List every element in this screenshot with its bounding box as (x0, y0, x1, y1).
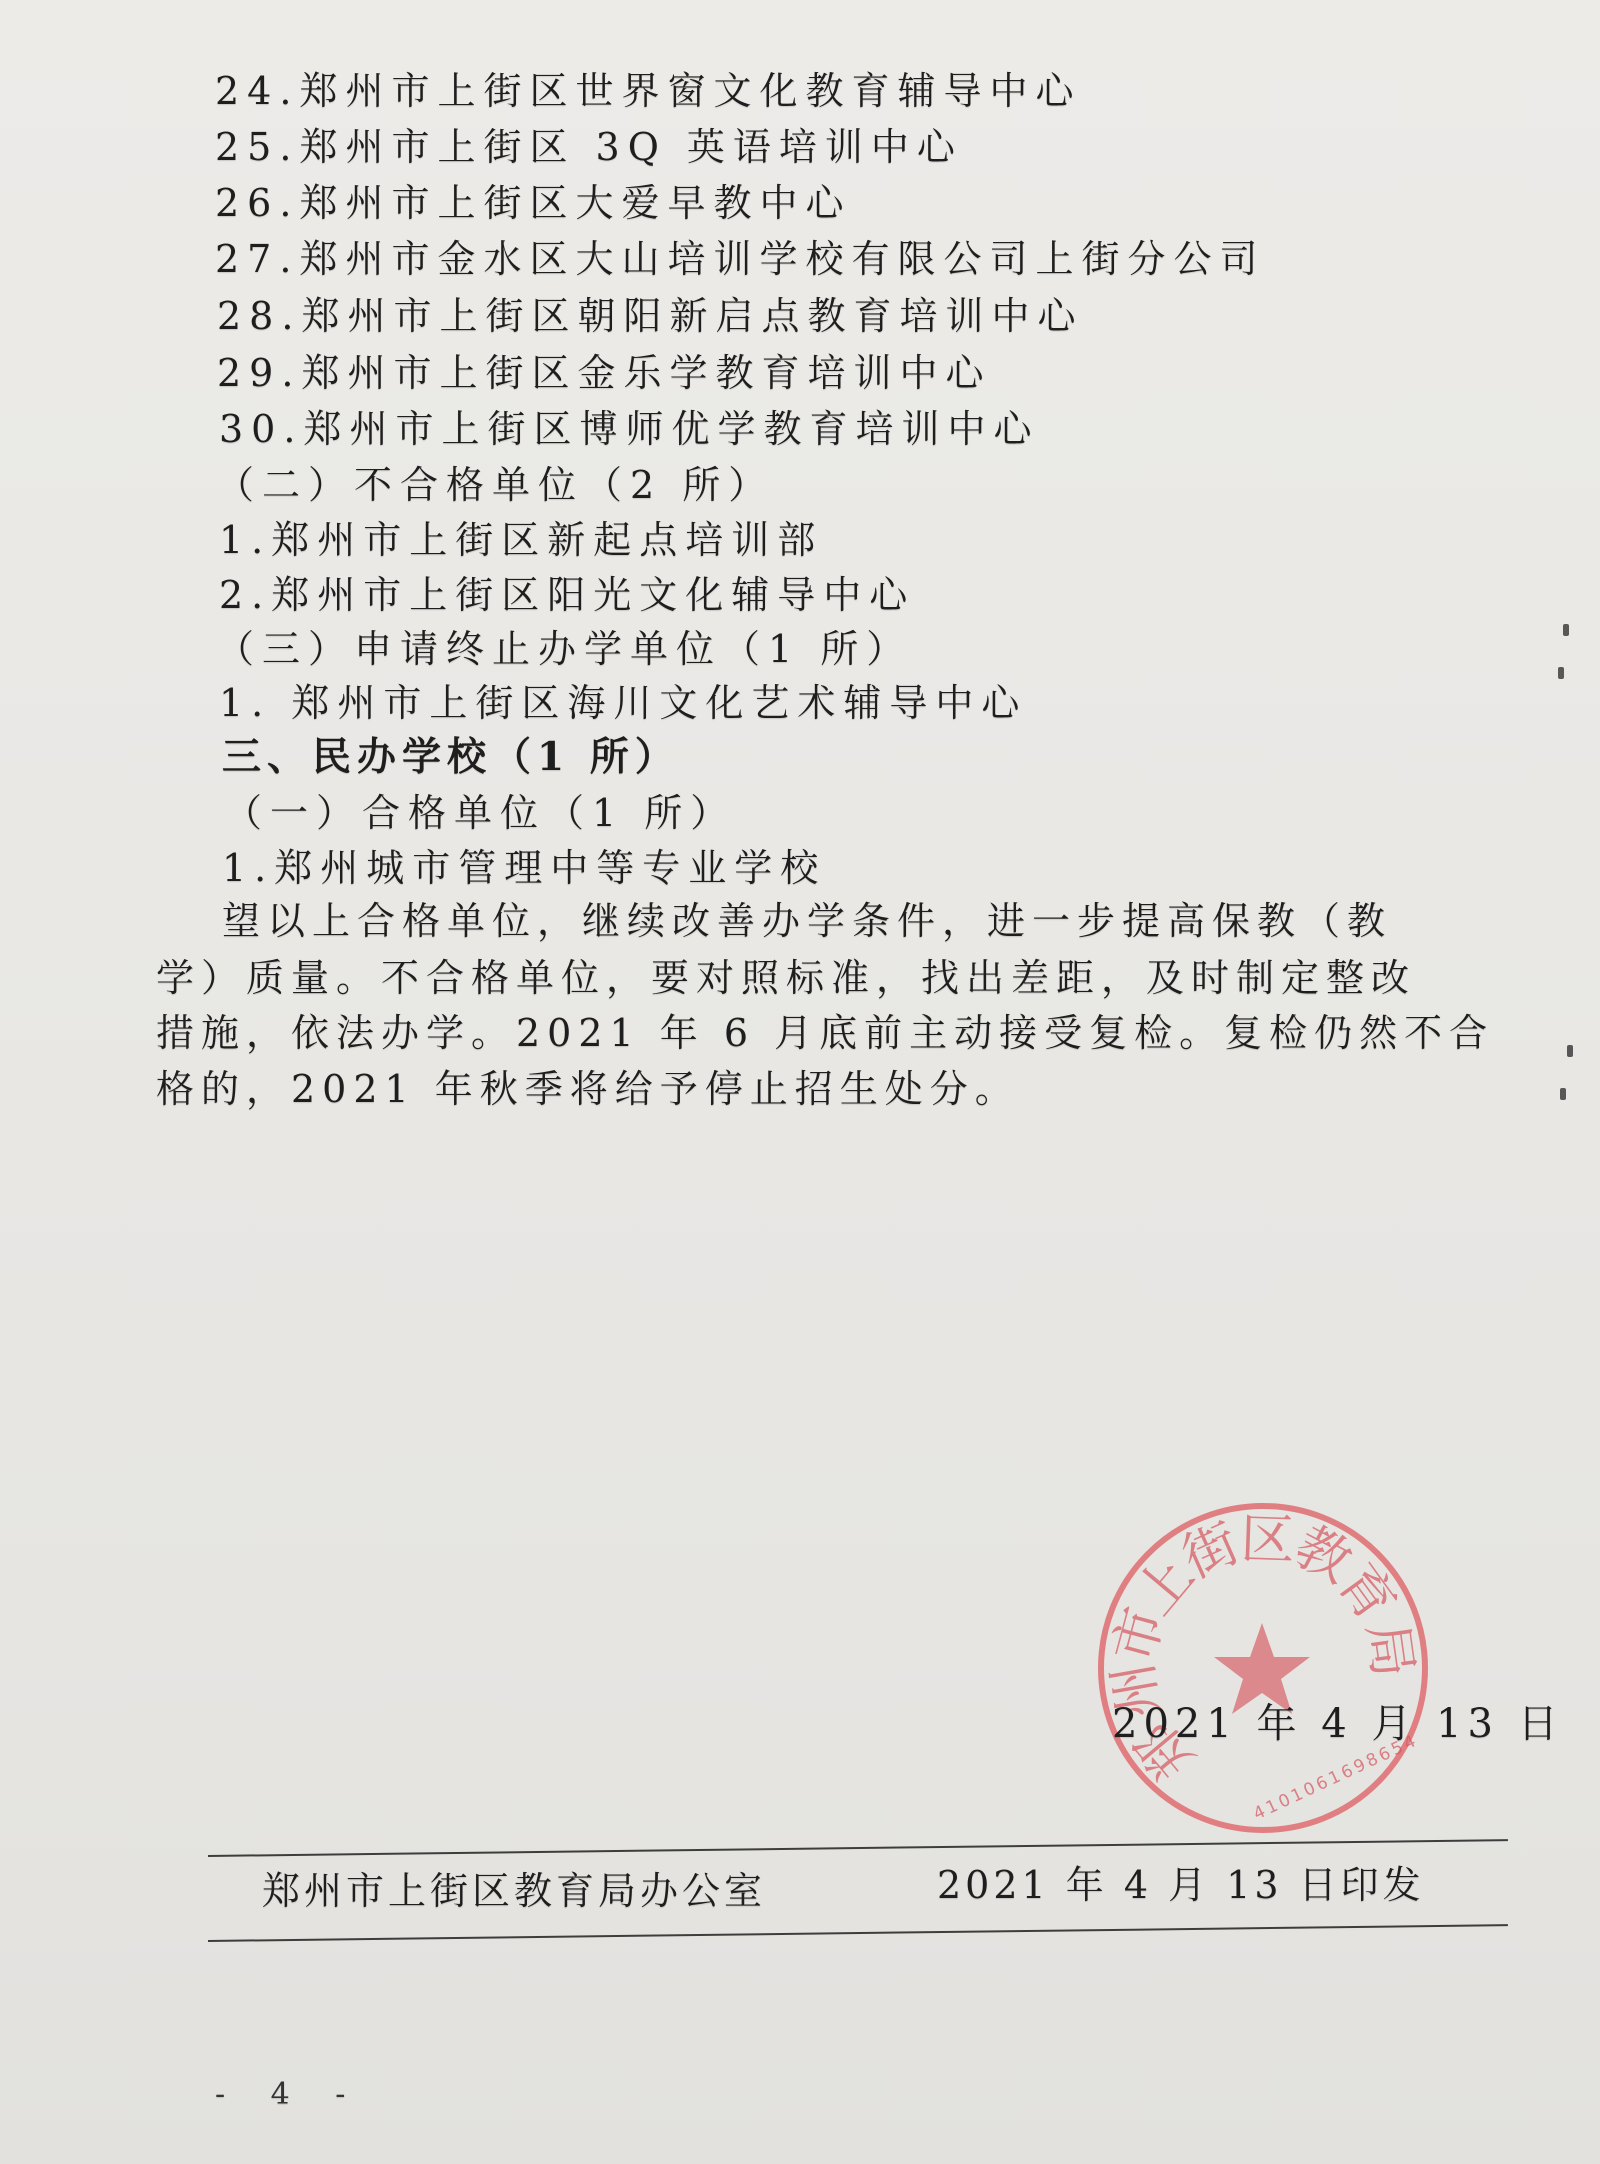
item-text: 郑州市上街区新起点培训部 (271, 518, 823, 562)
item-number: 28. (217, 294, 301, 338)
binding-mark (1560, 1088, 1566, 1100)
binding-mark (1558, 667, 1564, 679)
unqualified-heading: （二）不合格单位（2 所） (216, 462, 774, 508)
list-item-28: 28.郑州市上街区朝阳新启点教育培训中心 (217, 293, 1083, 339)
item-text: 郑州市上街区阳光文化辅导中心 (271, 573, 915, 617)
list-item-30: 30.郑州市上街区博师优学教育培训中心 (219, 406, 1039, 452)
item-number: 29. (217, 351, 301, 395)
item-number: 30. (219, 407, 303, 451)
item-text: 郑州市上街区世界窗文化教育辅导中心 (299, 69, 1081, 113)
item-number: 1. (219, 518, 271, 562)
termination-item-1: 1. 郑州市上街区海川文化艺术辅导中心 (219, 680, 1027, 726)
closing-paragraph-line-3: 措施，依法办学。2021 年 6 月底前主动接受复检。复检仍然不合 (156, 1010, 1494, 1056)
closing-paragraph-line-2: 学）质量。不合格单位，要对照标准，找出差距，及时制定整改 (156, 955, 1416, 1001)
list-item-26: 26.郑州市上街区大爱早教中心 (215, 180, 851, 226)
item-number: 26. (215, 181, 299, 225)
section-3-item-1: 1.郑州城市管理中等专业学校 (222, 845, 826, 891)
item-text: 郑州市金水区大山培训学校有限公司上街分公司 (299, 237, 1265, 281)
item-text: 郑州市上街区金乐学教育培训中心 (301, 351, 991, 395)
termination-heading: （三）申请终止办学单位（1 所） (216, 626, 912, 672)
list-item-27: 27.郑州市金水区大山培训学校有限公司上街分公司 (215, 236, 1265, 282)
page-number: - 4 - (215, 2072, 363, 2118)
footer-top-rule (208, 1839, 1508, 1857)
section-3-heading: 三、民办学校（1 所） (222, 734, 680, 780)
seal-char: 区 (1240, 1512, 1296, 1568)
closing-paragraph-line-1: 望以上合格单位，继续改善办学条件，进一步提高保教（教 (222, 898, 1392, 944)
item-number: 1. (219, 681, 271, 725)
unqualified-item-1: 1.郑州市上街区新起点培训部 (219, 517, 823, 563)
item-text: 郑州市上街区 3Q 英语培训中心 (299, 125, 963, 169)
list-item-24: 24.郑州市上街区世界窗文化教育辅导中心 (215, 68, 1081, 114)
footer-issue-date: 2021 年 4 月 13 日印发 (937, 1862, 1425, 1908)
official-seal: 郑 州 市 上 街 区 教 育 局 4101061698654 (1098, 1503, 1428, 1833)
closing-paragraph-line-4: 格的，2021 年秋季将给予停止招生处分。 (156, 1066, 1020, 1112)
section-3-subheading: （一）合格单位（1 所） (224, 790, 736, 836)
binding-mark (1567, 1045, 1573, 1057)
binding-mark (1563, 624, 1569, 636)
item-text: 郑州市上街区海川文化艺术辅导中心 (271, 681, 1027, 725)
footer-issuer: 郑州市上街区教育局办公室 (262, 1868, 766, 1914)
item-text: 郑州市上街区朝阳新启点教育培训中心 (301, 294, 1083, 338)
item-text: 郑州市上街区博师优学教育培训中心 (303, 407, 1039, 451)
item-number: 25. (215, 125, 299, 169)
signature-date: 2021 年 4 月 13 日 (1112, 1701, 1564, 1747)
seal-char: 局 (1359, 1620, 1420, 1681)
unqualified-item-2: 2.郑州市上街区阳光文化辅导中心 (219, 572, 915, 618)
list-item-25: 25.郑州市上街区 3Q 英语培训中心 (215, 124, 963, 170)
item-number: 24. (215, 69, 299, 113)
item-text: 郑州城市管理中等专业学校 (274, 846, 826, 890)
item-number: 27. (215, 237, 299, 281)
footer-bottom-rule (208, 1924, 1508, 1942)
item-number: 2. (219, 573, 271, 617)
item-text: 郑州市上街区大爱早教中心 (299, 181, 851, 225)
list-item-29: 29.郑州市上街区金乐学教育培训中心 (217, 350, 991, 396)
item-number: 1. (222, 846, 274, 890)
